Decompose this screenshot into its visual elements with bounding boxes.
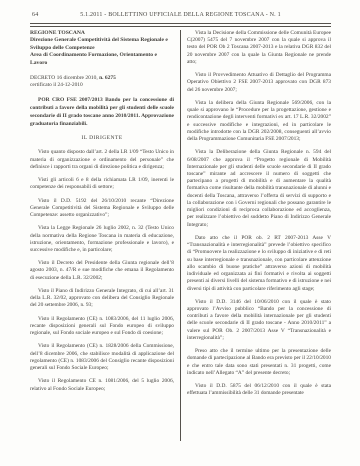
recital-paragraph: Vista la Decisione della Commissione del… bbox=[187, 30, 331, 66]
bulletin-page: 64 5.1.2011 - BOLLETTINO UFFICIALE DELLA… bbox=[0, 0, 360, 466]
decree-number: n. 6275 bbox=[99, 75, 116, 81]
recital-paragraph: Dato atto che il POR ob. 2 RT 2007-2013 … bbox=[187, 235, 331, 293]
left-column: REGIONE TOSCANA Direzione Generale Compe… bbox=[30, 30, 174, 452]
issuing-authority-block: REGIONE TOSCANA Direzione Generale Compe… bbox=[30, 30, 174, 67]
recital-paragraph: Visto il D.D. 5192 del 26/10/2010 recant… bbox=[30, 198, 174, 220]
recital-paragraph: Visto il Provvedimento Attuativo di Dett… bbox=[187, 72, 331, 94]
masthead: 64 5.1.2011 - BOLLETTINO UFFICIALE DELLA… bbox=[30, 12, 331, 22]
decree-certification: certificato il 24-12-2010 bbox=[30, 82, 174, 89]
header-rule bbox=[30, 23, 331, 27]
recital-paragraph: Visto il Decreto del Presidente della Gi… bbox=[30, 260, 174, 282]
recital-paragraph: Preso atto che il termine ultimo per la … bbox=[187, 348, 331, 377]
issuing-authority-title: REGIONE TOSCANA bbox=[30, 30, 174, 37]
recital-paragraph: Visto quanto disposto dall’art. 2 della … bbox=[30, 149, 174, 171]
issuing-authority-direction: Direzione Generale Competitività del Sis… bbox=[30, 37, 174, 52]
page-number: 64 bbox=[32, 12, 38, 18]
recital-paragraph: Visto il Regolamento CE n. 1081/2006, de… bbox=[30, 378, 174, 392]
recital-paragraph: Vista la Legge Regionale 26 luglio 2002,… bbox=[30, 225, 174, 254]
issuing-authority-area: Area di Coordinamento Formazione, Orient… bbox=[30, 52, 174, 67]
right-column: Vista la Decisione della Commissione del… bbox=[187, 30, 331, 452]
masthead-title: 5.1.2011 - BOLLETTINO UFFICIALE DELLA RE… bbox=[80, 12, 281, 18]
recital-paragraph: Visto il D.D. 5875 del 06/12/2010 con il… bbox=[187, 383, 331, 397]
decree-date: DECRETO 16 dicembre 2010, bbox=[30, 75, 99, 81]
recital-paragraph: Visto il Regolamento (CE) n. 1828/2006 d… bbox=[30, 343, 174, 372]
signer-title: IL DIRIGENTE bbox=[30, 135, 174, 141]
recital-paragraph: Vista la Deliberazione della Giunta Regi… bbox=[187, 149, 331, 229]
recital-paragraph: Visti gli articoli 6 e 8 della richiamat… bbox=[30, 177, 174, 191]
decree-subject: POR CRO FSE 2007/2013 Bando per la conce… bbox=[30, 97, 174, 128]
recital-paragraph: Vista la delibera della Giunta Regionale… bbox=[187, 100, 331, 143]
recital-paragraph: Visto il D.D. 3146 del 10/06/2010 con il… bbox=[187, 299, 331, 342]
text-columns: REGIONE TOSCANA Direzione Generale Compe… bbox=[30, 30, 331, 452]
recital-paragraph: Visto il Piano di Indirizzo Generale Int… bbox=[30, 288, 174, 310]
recital-paragraph: Visto il Regolamento (CE) n. 1083/2006, … bbox=[30, 316, 174, 338]
